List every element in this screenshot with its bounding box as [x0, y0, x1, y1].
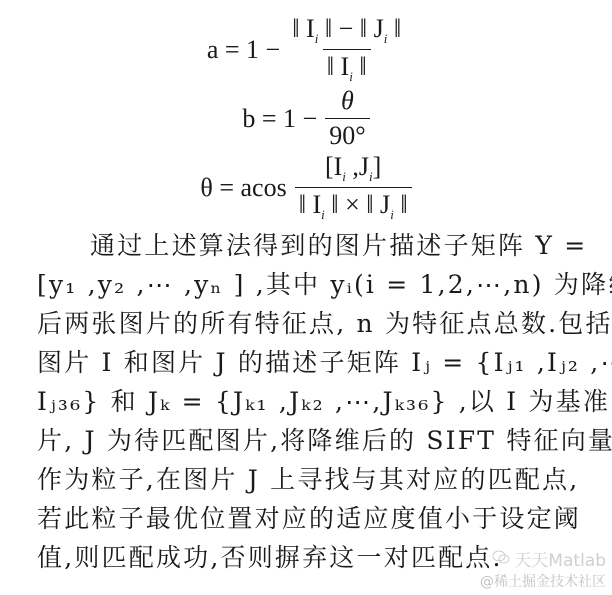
paragraph-line: 图片 I 和图片 J 的描述子矩阵 Iⱼ = {Iⱼ₁ ,Iⱼ₂ ,⋯,: [37, 343, 597, 382]
body-paragraph: 通过上述算法得到的图片描述子矩阵 Y = [y₁ ,y₂ ,⋯ ,yₙ ] ,其…: [37, 226, 597, 577]
paragraph-line: 片, J 为待匹配图片,将降维后的 SIFT 特征向量: [37, 421, 597, 460]
watermark: 天天Matlab @稀土掘金技术社区: [480, 546, 606, 591]
fraction-numerator: ‖ Ii ‖ − ‖ Ji ‖: [288, 14, 405, 49]
equation-a-fraction: ‖ Ii ‖ − ‖ Ji ‖ ‖ Ii ‖: [288, 14, 405, 85]
equation-theta-lhs: θ = acos: [200, 173, 286, 203]
wechat-icon: [492, 549, 510, 569]
fraction-numerator: [Ii ,Ji]: [321, 152, 385, 187]
equation-a: a = 1 − ‖ Ii ‖ − ‖ Ji ‖ ‖ Ii ‖: [0, 14, 612, 85]
paragraph-line: 后两张图片的所有特征点, n 为特征点总数.包括: [37, 304, 597, 343]
equation-theta-fraction: [Ii ,Ji] ‖ Ii ‖ × ‖ Ji ‖: [295, 152, 412, 223]
equation-theta: θ = acos [Ii ,Ji] ‖ Ii ‖ × ‖ Ji ‖: [0, 152, 612, 223]
equation-b-fraction: θ 90°: [325, 86, 369, 151]
paragraph-line: 通过上述算法得到的图片描述子矩阵 Y =: [37, 226, 597, 265]
fraction-denominator: ‖ Ii ‖ × ‖ Ji ‖: [295, 187, 412, 223]
paragraph-line: [y₁ ,y₂ ,⋯ ,yₙ ] ,其中 yᵢ(i = 1,2,⋯,n) 为降维: [37, 265, 597, 304]
paragraph-line: 若此粒子最优位置对应的适应度值小于设定阈: [37, 499, 597, 538]
fraction-numerator: θ: [337, 86, 358, 118]
paragraph-line: 作为粒子,在图片 J 上寻找与其对应的匹配点,: [37, 460, 597, 499]
watermark-brand-text: 天天Matlab: [514, 546, 606, 571]
equation-b: b = 1 − θ 90°: [0, 86, 612, 151]
fraction-denominator: ‖ Ii ‖: [323, 49, 371, 85]
paragraph-line: Iⱼ₃₆} 和 Jₖ = {Jₖ₁ ,Jₖ₂ ,⋯,Jₖ₃₆} ,以 I 为基准…: [37, 382, 597, 421]
fraction-denominator: 90°: [325, 118, 369, 151]
equation-a-lhs: a = 1 −: [207, 35, 280, 65]
watermark-site: @稀土掘金技术社区: [480, 571, 606, 591]
watermark-brand: 天天Matlab: [480, 546, 606, 571]
equation-b-lhs: b = 1 −: [242, 104, 317, 134]
